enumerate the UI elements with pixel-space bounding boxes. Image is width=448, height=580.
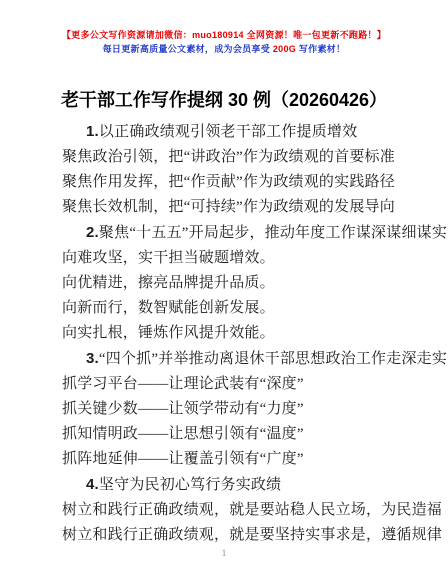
outline-line: 树立和践行正确政绩观，就是要站稳人民立场，为民造福: [62, 503, 394, 518]
outline-line: 抓知情明政——让思想引领有“温度”: [62, 427, 394, 442]
outline-line: 聚焦政治引领，把“讲政治”作为政绩观的首要标准: [62, 150, 394, 165]
promo-line-2-highlight: 200G: [273, 44, 296, 54]
document-title: 老干部工作写作提纲 30 例（20260426）: [30, 86, 418, 112]
outline-heading-number: 3.: [86, 350, 99, 367]
outline-heading: 2.聚焦“十五五”开局起步，推动年度工作谋深谋细谋实: [62, 225, 394, 241]
outline-line: 树立和践行正确政绩观，就是要坚持实事求是，遵循规律: [62, 528, 394, 543]
promo-header: 【更多公文写作资源请加微信：muo180914 全网资源！唯一包更新不跑路！】 …: [0, 28, 448, 56]
outline-line: 抓阵地延伸——让覆盖引领有“广度”: [62, 452, 394, 467]
promo-line-2-prefix: 每日更新高质量公文素材，成为会员享受: [103, 44, 273, 54]
promo-line-2: 每日更新高质量公文素材，成为会员享受 200G 写作素材！: [0, 42, 448, 56]
outline-heading-number: 1.: [86, 123, 99, 140]
outline-line: 向实扎根，锤炼作风提升效能。: [62, 326, 394, 341]
promo-line-1: 【更多公文写作资源请加微信：muo180914 全网资源！唯一包更新不跑路！】: [0, 28, 448, 42]
outline-line: 抓学习平台——让理论武装有“深度”: [62, 377, 394, 392]
outline-heading-number: 2.: [86, 224, 99, 241]
outline-heading: 3.“四个抓”并举推动离退休干部思想政治工作走深走实: [62, 351, 394, 367]
outline-line: 聚焦长效机制，把“可持续”作为政绩观的发展导向: [62, 200, 394, 215]
outline-line: 向新而行，数智赋能创新发展。: [62, 301, 394, 316]
outline-heading-number: 4.: [86, 476, 99, 493]
document-body: 1.以正确政绩观引领老干部工作提质增效聚焦政治引领，把“讲政治”作为政绩观的首要…: [62, 124, 394, 543]
outline-line: 抓关键少数——让领学带动有“力度”: [62, 402, 394, 417]
outline-heading: 1.以正确政绩观引领老干部工作提质增效: [62, 124, 394, 140]
outline-line: 聚焦作用发挥，把“作贡献”作为政绩观的实践路径: [62, 175, 394, 190]
outline-line: 向优精进，擦亮品牌提升品质。: [62, 276, 394, 291]
document-page: 【更多公文写作资源请加微信：muo180914 全网资源！唯一包更新不跑路！】 …: [0, 0, 448, 580]
promo-line-2-suffix: 写作素材！: [296, 44, 345, 54]
outline-line: 向难攻坚，实干担当破题增效。: [62, 251, 394, 266]
page-number: 1: [0, 548, 448, 558]
outline-heading: 4.坚守为民初心笃行务实政绩: [62, 477, 394, 493]
